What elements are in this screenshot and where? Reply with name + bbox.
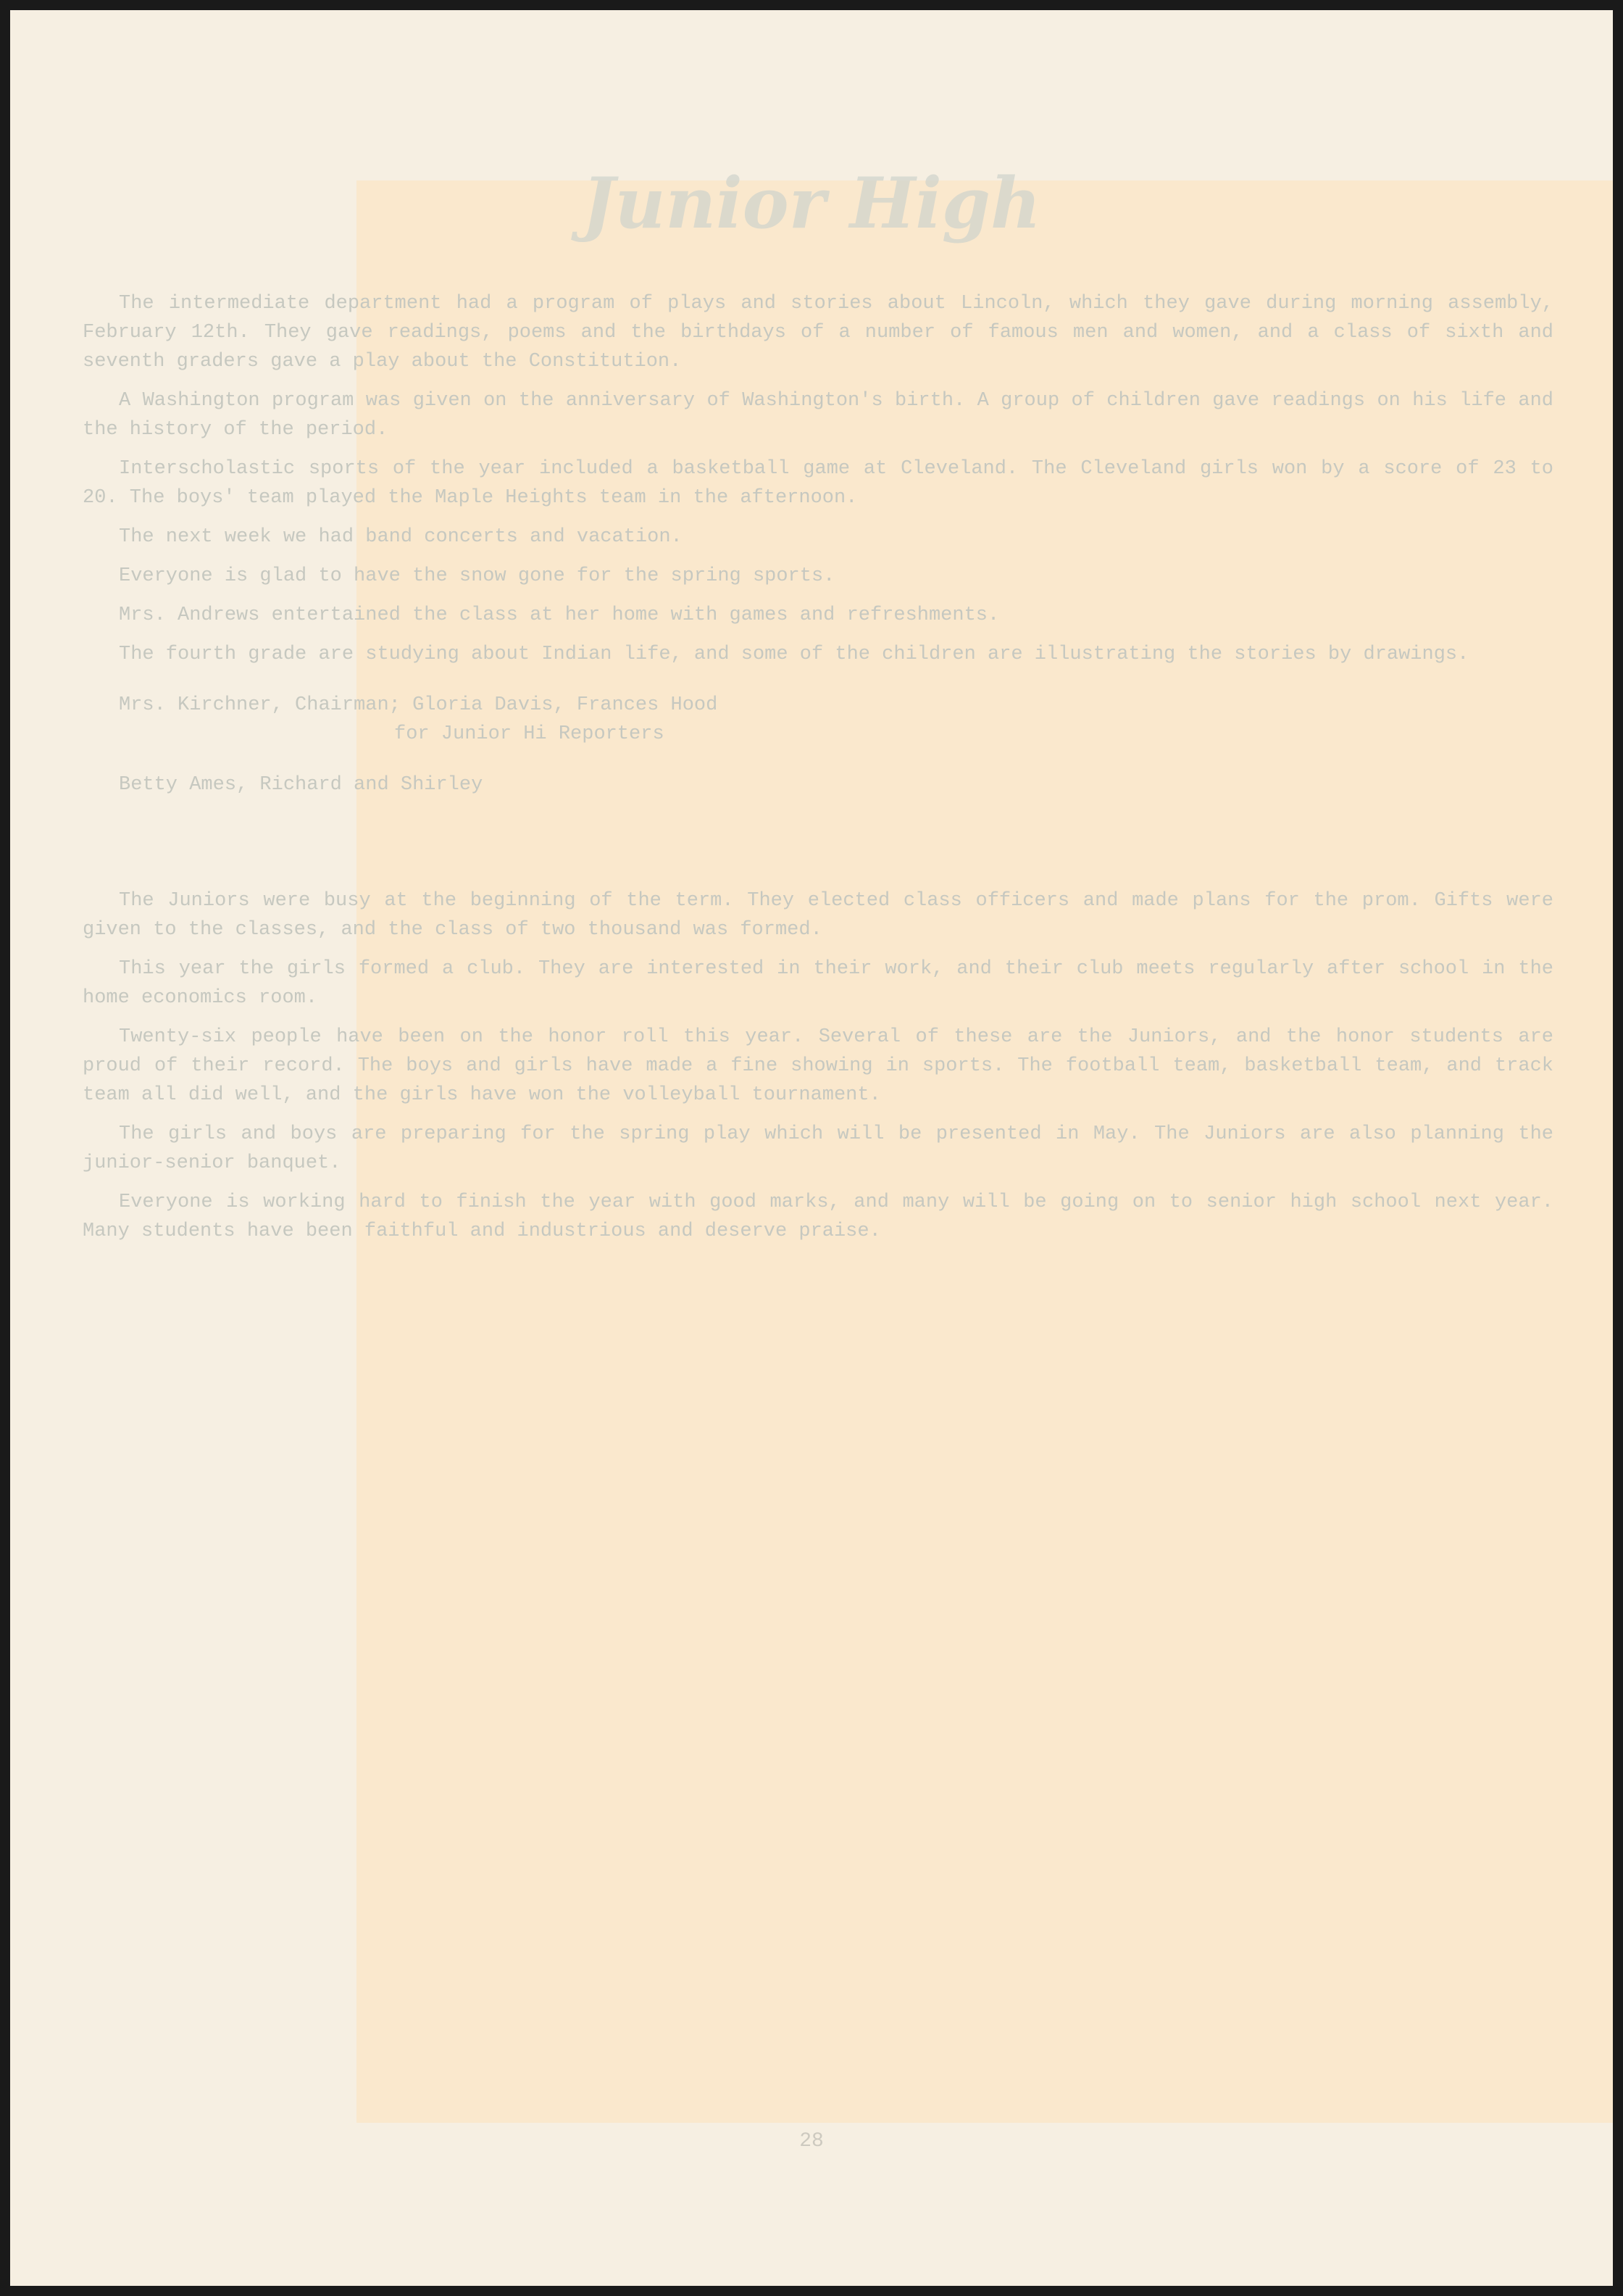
paragraph: Interscholastic sports of the year inclu… xyxy=(83,454,1553,512)
paragraph: A Washington program was given on the an… xyxy=(83,386,1553,444)
signature: Betty Ames, Richard and Shirley xyxy=(83,770,1553,799)
paragraph: The fourth grade are studying about Indi… xyxy=(83,640,1553,669)
paragraph: This year the girls formed a club. They … xyxy=(83,954,1553,1012)
section-gap xyxy=(83,799,1553,886)
page-body: The intermediate department had a progra… xyxy=(83,289,1553,1256)
paragraph: Everyone is glad to have the snow gone f… xyxy=(83,562,1553,591)
paragraph: Mrs. Andrews entertained the class at he… xyxy=(83,601,1553,630)
paragraph: The next week we had band concerts and v… xyxy=(83,523,1553,552)
page-title: Junior High xyxy=(10,162,1613,244)
signature: Mrs. Kirchner, Chairman; Gloria Davis, F… xyxy=(83,691,1553,720)
paragraph: Twenty-six people have been on the honor… xyxy=(83,1023,1553,1110)
paragraph: Everyone is working hard to finish the y… xyxy=(83,1188,1553,1246)
paragraph: The intermediate department had a progra… xyxy=(83,289,1553,376)
page-number: 28 xyxy=(10,2130,1613,2152)
signature-line-2: for Junior Hi Reporters xyxy=(394,720,1553,749)
scanned-page: Junior High The intermediate department … xyxy=(10,10,1613,2286)
paragraph: The girls and boys are preparing for the… xyxy=(83,1120,1553,1178)
paragraph: The Juniors were busy at the beginning o… xyxy=(83,886,1553,944)
